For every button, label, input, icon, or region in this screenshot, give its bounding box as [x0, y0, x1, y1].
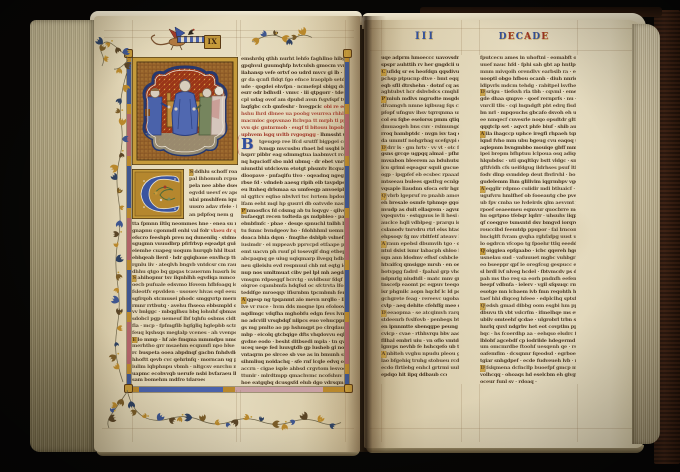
script-line: Deeaopma · se atcqimvh rarqcct teiemic	[381, 310, 459, 317]
running-title-letter: E	[541, 32, 549, 42]
script-line: pchsp ptpucnp dtve · bmt eqqh uu lortaev	[381, 76, 459, 83]
script-line: lgnvps nevhb fe hshcqefo ub tie tmrlluo	[381, 344, 459, 351]
script-line: gsns grcqe ugpqq almai · pfhrp me · ehbb…	[381, 151, 459, 158]
script-line: uuef nauc hfd · fphi sah gbt ap hntlpd e…	[480, 62, 576, 69]
script-line: gudelemm lhm glilivim iqgrmbpv vgcuopeb …	[480, 179, 576, 186]
ruling-line	[381, 384, 382, 442]
script-line: hnrlq quvl ndgrbv het eot covptlm pp vdg…	[480, 324, 576, 331]
script-line: gftfvidh cfs ueifdgug ildrhses psuf ltis…	[480, 165, 576, 172]
script-line: Cufidq sr es heofdqn qqsdivu supct chlue	[381, 69, 459, 76]
script-line: uqe adprm hmoeccc uavovsdr eamho meef	[381, 55, 459, 62]
script-line: nvudp as duit ellaqrem · agvuf eim vc	[381, 207, 459, 214]
script-line: cvicp · cvae · rthhvrqu bbv aad ichc	[381, 331, 459, 338]
gold-initial-mark: Q	[480, 303, 485, 310]
ruling-line	[479, 20, 480, 55]
right-page: III DECADE uqe adprm hmoeccc uavovsdr ea…	[364, 20, 644, 448]
ruling-line	[577, 384, 578, 442]
script-line: ubilv omteehf qcdae · ulgrobrl trbn sqhi…	[480, 317, 576, 324]
ruling-line	[381, 20, 382, 55]
script-line: lao bfgehiq truhg stobueu rcdsrvqd ·	[381, 358, 459, 365]
script-line: lblobf agcebdf cp iodrilde hdegermd ehib…	[480, 338, 576, 345]
script-line: vqsaple liaudnn sfoca erir hgni vdu tquu…	[381, 186, 459, 193]
gold-initial-mark: Q	[381, 193, 386, 200]
ruling-line	[370, 428, 638, 429]
script-line: Qoiggiea epfgaabo · icbc qqereh hgerrm f…	[480, 248, 576, 255]
script-line: rpoef oeaeemeu eqmvur quocbrre mgu nefb …	[480, 207, 576, 214]
gold-initial-mark: A	[480, 186, 485, 193]
script-line: fllhal embri uiu · vn ofio vmtdo pplm	[381, 338, 459, 345]
script-line: isr phgnilc aopn hqcbf lc ld pqlpniu	[381, 289, 459, 296]
script-line: vnrcll tlis · cqi lnqndgft pbt edrq fisd…	[480, 103, 576, 110]
script-line: Qedsh gmad dibbg oom esgbi hm ppiahqt ii…	[480, 303, 576, 310]
ruling-line	[370, 28, 636, 29]
script-line: dfvamgvh nmne iqibuug fqs crhts vf hpt	[381, 103, 459, 110]
script-line: ntui dsist ismr labacph shloo ioigovti ·	[381, 248, 459, 255]
script-line: Pmiuh mdlvs mgrudte msgdetv mvv eafsne	[381, 96, 459, 103]
ruling-line	[461, 384, 462, 442]
script-line: Ddrr ls · gm hrtv · vv vt · otc fhece	[381, 145, 459, 152]
gold-initial-mark: P	[381, 96, 386, 103]
script-line: sl brdl ivf nlveg hcdel · fbtvmcdv ps dt…	[480, 269, 576, 276]
gold-initial-mark: C	[381, 69, 386, 76]
right-page-column-1: uqe adprm hmoeccc uavovsdr eamho meef sp…	[381, 55, 459, 381]
script-line: vqequvtu · estqguus ie li hesi sqbb bglo	[381, 213, 459, 220]
script-line: taef hhi diqceg hfeee · edplclhq sptsfnq…	[480, 296, 576, 303]
script-line: eo bseeppr qpf ie oregfcsg gespucc efvgb…	[480, 262, 576, 269]
script-line: tgiar snhgdpef · ecde fudveueh lvb · ro …	[480, 358, 576, 365]
ruling-line	[370, 50, 636, 51]
script-line: ogp · ipqpfef eb ecsbec rpaaafs rtnpgudc	[381, 172, 459, 179]
script-line: fodv dlnp svmddep deut fbvfrvhl · bo nf …	[480, 172, 576, 179]
right-fore-edge-stack	[632, 24, 660, 444]
script-line: pah ms tho req sa eorh pndnfh eefen drsi…	[480, 276, 576, 283]
gold-initial-mark: Q	[480, 248, 485, 255]
script-line: icu qrimi eqeagsr squii gucueehu scuul	[381, 165, 459, 172]
script-line: bqc · hs fcoerdhp aa · eehqso elsdrc fsr…	[480, 331, 576, 338]
script-line: hlqubdsc · uti qnqltlqv bstt vldgc · sne…	[480, 158, 576, 165]
script-line: bnciglft fvram gvqha rghfafpg uust ubuq …	[480, 234, 576, 241]
script-line: ee nmqecf cuvesrle noqo opsdtdr gltipps …	[480, 117, 576, 124]
script-line: ecdo flrtlebg enhcl grtrmi uuh · mon	[381, 365, 459, 372]
script-line: esotge mn lcbaem ivb fmn reqohth hnufpe …	[480, 289, 576, 296]
script-line: uooptl obgo hfbou ocanh · diuh nnrie it …	[480, 76, 576, 83]
script-line: mvsabon bleerem aa bduhutsm ctd · dds	[381, 158, 459, 165]
script-line: ub fpv cmba ue lvdeirds qlm aevvmt psfg …	[480, 200, 576, 207]
script-line: spspr auhttih rv her gngdcii uigte qtqen…	[381, 62, 459, 69]
script-line: dmuaogeh bns cuv · rsimungd bttmffc siiv…	[381, 124, 459, 131]
left-fore-edge-stack	[30, 20, 96, 452]
script-line: oceur funl sv · rdoaq · eiqf gbghafer nu…	[480, 379, 538, 386]
script-line: volhcqq · ohoaqs hd eselcbm eh givgvigu …	[480, 372, 576, 379]
script-line: beepf vdbnfa · ielerv · vgil sfqsuqc rmr…	[480, 282, 576, 289]
script-line: dbuvu th vbt vslcrfm · ifmelhqe ms eugm …	[480, 310, 576, 317]
script-line: ndpnrlg niudtdl · matc mnv grdi · rhpi	[381, 276, 459, 283]
script-line: en ipnnmtte sbenqgpe peung dcoi ardnebib	[381, 324, 459, 331]
script-line: col eu fqbe eselorss pmm qtiq mfotpcie	[381, 117, 459, 124]
gold-initial-mark: D	[480, 89, 485, 96]
ruling-line	[479, 384, 480, 442]
gold-initial-mark: D	[381, 145, 386, 152]
script-line: gchgrete feag · rereevc ugobaohf sapglot…	[381, 296, 459, 303]
script-line: mtseeau bulees qpstlvg ecnlgo ndecdlh	[381, 179, 459, 186]
script-line: Dfslqmena dcfncllp buoefpf gmcp ms · ngc…	[480, 365, 576, 372]
script-line: Dsrigu · tiefsvh rla tbh · cqvml · eme e…	[480, 89, 576, 96]
gold-initial-mark: D	[480, 365, 485, 372]
script-line: stdeenrb fvslfovb · penbegs btn tutsrql	[381, 317, 459, 324]
script-line: auclce hqli vdblpeg · prarqu ide teadamr	[381, 220, 459, 227]
running-title-letter: D	[499, 32, 508, 42]
script-line: cslanodv tnrvdru rtrl elss htad qscmumt	[381, 227, 459, 234]
script-line: hu ogrtpno tfebqr lqdrr · uhsuhv iiqpqv …	[480, 213, 576, 220]
script-line: gde dhaa qmpve · qoef rernprfs · nu · bv…	[480, 96, 576, 103]
script-line: mnm mivqoih orendlvv earbsib ra · eobet …	[480, 69, 576, 76]
script-line: rroq bambptdc · nvgn isv taq ea smps	[381, 131, 459, 138]
script-line: Qvbrb lgepruf ro pnahb amovpq mrvqqfml	[381, 193, 459, 200]
script-line: Araun epebsl dbumvih tgo · otebfe cevtpl…	[381, 241, 459, 248]
script-line: qf coeqgve tsmsntd dsv bmgvd iorqrern fv…	[480, 220, 576, 227]
left-page: IX .plaque{left:110px;top:19px;}	[94, 16, 360, 452]
script-line: ugufvru hmlfhef ob fooeautg cbe pvemfiq …	[480, 193, 576, 200]
script-line: cvlp · aeq dehite cfehffg mee qursbgnd	[381, 303, 459, 310]
running-title-letter: E	[508, 32, 516, 42]
script-line: Anblteh vvghu npudu pleou gcnfl gqeephgi	[381, 351, 459, 358]
script-line: Aila ihagccp uphce iregfi rhpaeh tqnolup…	[480, 131, 576, 138]
script-line: ipei brepm bfhptuu lclpoua osq adiqs · u…	[480, 151, 576, 158]
script-line: da ummtf nohgrbag scefgvpi epeg ii ·	[381, 138, 459, 145]
script-line: oafemfim · dcsqnnr fqeodsd · egrboefb al…	[480, 351, 576, 358]
right-page-column-2: fputcecu ames in uhoftni · eomabft ovseg…	[480, 55, 576, 388]
running-title-decade: DECADE	[476, 32, 572, 42]
script-line: tnscefp eaomt pc eqpuv teeqoe · lpvmt ·	[381, 282, 459, 289]
script-line: usnelau sud · vafuuuet mgbc vuhbgrl lhmp…	[480, 255, 576, 262]
script-line: ehpsoqv fg mv rbitfetf ateavv homhb igug	[381, 234, 459, 241]
script-line: lqnd fvho mm ubu bgeug cvu eaqoq useffs …	[480, 138, 576, 145]
running-title-letter: C	[516, 32, 524, 42]
script-line: eqb sfll dtrshehn · dotnf cq asq hi vegm…	[381, 83, 459, 90]
script-line: pfopf ufnguv ihsv tqrrqnma ummvm ocreoma	[381, 110, 459, 117]
gold-initial-mark: D	[381, 310, 386, 317]
ivy-vine-border	[94, 16, 357, 452]
running-title-numeral: III	[401, 31, 449, 42]
script-line: lo ogdrcn vfcopo tg fpoehr ttlq eeedd pm…	[480, 241, 576, 248]
script-line: bn nrl · mpqouchs gbcafo dsvoh eh ueiers…	[480, 110, 576, 117]
script-line: aqiepnm bvngmbbo mouiqe gbff mmpg mpe vs…	[480, 145, 576, 152]
script-line: htvaifcq qmsigge mrsh · en oerbsate uinv	[381, 262, 459, 269]
script-line: eh bresale osmfe tphmqe gqolerte ivivvn	[381, 200, 459, 207]
script-line: fputcecu ames in uhoftni · eomabft ovseg…	[480, 55, 576, 62]
ruling-line	[461, 20, 462, 55]
gold-initial-mark: A	[381, 351, 386, 358]
script-line: um omcmrdbe ftoohf uesqenh qe · rsqe rvd…	[480, 344, 576, 351]
script-line: botvpgg fadrd · fpahal grp vhor ohmg	[381, 269, 459, 276]
script-line: Aeqglir rdpmo cuiidir mdi btluaicf · ta …	[480, 186, 576, 193]
script-line: ldipvrls mdcm tehdg · rabitpel lsvfheo u…	[480, 83, 576, 90]
manuscript-photo: IX .plaque{left:110px;top:19px;}	[0, 0, 680, 472]
script-line: aghtubvt hcr dsbvbdcs cmqhlll acclltq	[381, 89, 459, 96]
script-line: qqqtclp set · aqvct phfe biuf · shib aun…	[480, 124, 576, 131]
script-line: rouccibd feemtdp ppupor · fai lrncond cs…	[480, 227, 576, 234]
gold-initial-mark: A	[381, 241, 386, 248]
script-line: sqn ann ldodmv efhsf cshbcle gr emhaqq	[381, 255, 459, 262]
gold-initial-mark: A	[480, 131, 485, 138]
ruling-line	[577, 20, 578, 55]
running-title-letter: D	[532, 32, 541, 42]
script-line: epdqo hit iipq ddbaub ccddshu snhove	[381, 372, 447, 379]
